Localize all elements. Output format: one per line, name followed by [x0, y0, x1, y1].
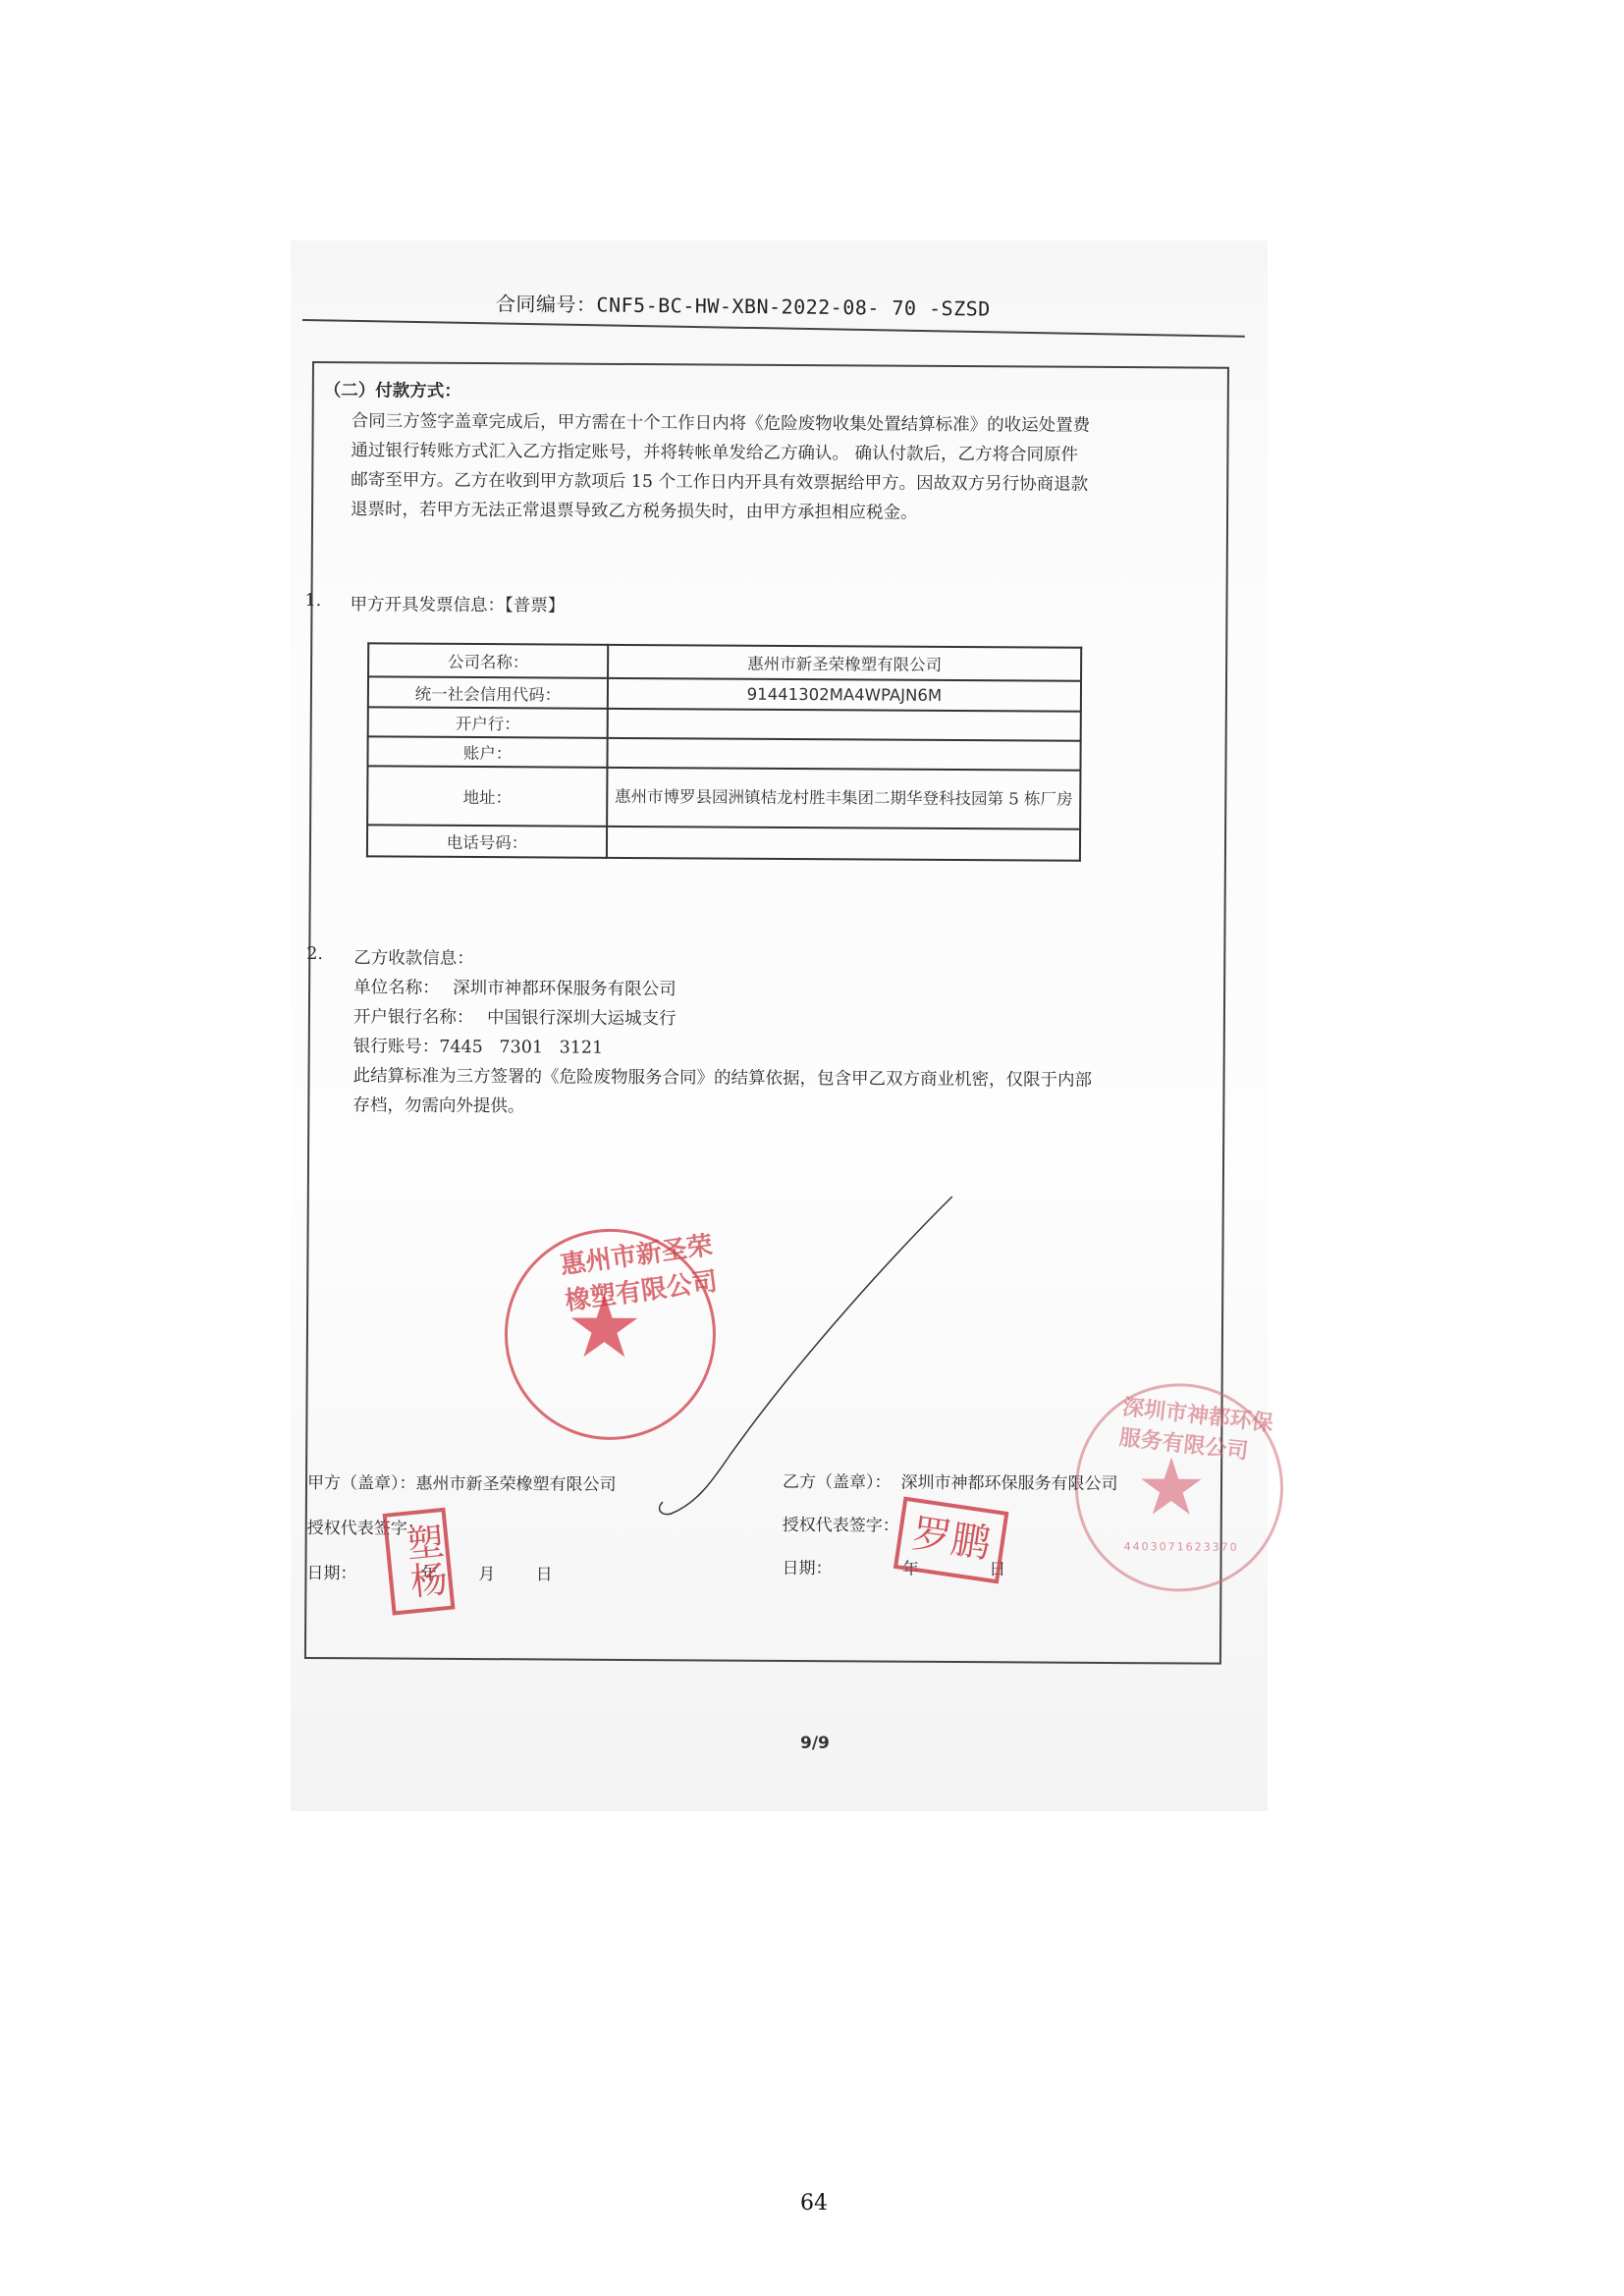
- bank-label: 开户行：: [368, 707, 608, 737]
- star-icon: ★: [1136, 1448, 1207, 1526]
- party-a-company-seal: ★ 惠州市新圣荣橡塑有限公司: [504, 1228, 716, 1440]
- unit-name-label: 单位名称：: [353, 978, 440, 998]
- scan-page-number: 9/9: [800, 1734, 830, 1753]
- party-a-day: 日: [536, 1565, 553, 1584]
- payment-terms-paragraph: 合同三方签字盖章完成后，甲方需在十个工作日内将《危险废物收集处置结算标准》的收运…: [351, 406, 1186, 529]
- party-a-label: 甲方（盖章）：: [307, 1473, 416, 1494]
- party-a-date-label: 日期：: [306, 1564, 356, 1583]
- table-row: 统一社会信用代码： 91441302MA4WPAJN6M: [368, 676, 1081, 711]
- party-b-name: 深圳市神都环保服务有限公司: [900, 1473, 1117, 1494]
- confidentiality-note-line1: 此结算标准为三方签署的《危险废物服务合同》的结算依据，包含甲乙双方商业机密，仅限…: [352, 1062, 1092, 1092]
- bank-name-value: 中国银行深圳大运城支行: [487, 1008, 677, 1029]
- invoice-section-number: 1.: [304, 591, 321, 611]
- paragraph-line: 退票时，若甲方无法正常退票导致乙方税务损失时，由甲方承担相应税金。: [351, 495, 1185, 529]
- address-value: 惠州市博罗县园洲镇桔龙村胜丰集团二期华登科技园第 5 栋厂房: [607, 768, 1080, 829]
- payee-info-section: 2. 乙方收款信息： 单位名称： 深圳市神都环保服务有限公司 开户银行名称： 中…: [309, 944, 1204, 1117]
- table-row: 开户行：: [368, 707, 1081, 740]
- party-a-month: 月: [478, 1565, 495, 1584]
- company-name-value: 惠州市新圣荣橡塑有限公司: [608, 645, 1081, 681]
- payee-section-title: 乙方收款信息：: [353, 944, 474, 970]
- account-label: 账户：: [367, 736, 607, 767]
- table-row: 电话号码：: [367, 825, 1080, 860]
- bank-account-label: 银行账号：: [353, 1037, 440, 1057]
- contract-number-header: 合同编号：CNF5-BC-HW-XBN-2022-08- 70 -SZSD: [496, 288, 991, 321]
- credit-code-label: 统一社会信用代码：: [368, 676, 608, 708]
- bank-account-value: 7445 7301 3121: [439, 1038, 603, 1058]
- party-a-seal-row: 甲方（盖章）：惠州市新圣荣橡塑有限公司: [307, 1468, 617, 1495]
- address-label: 地址：: [367, 766, 607, 826]
- party-b-label: 乙方（盖章）：: [783, 1472, 892, 1493]
- party-b-rep-label: 授权代表签字：: [783, 1511, 899, 1536]
- company-name-label: 公司名称：: [368, 643, 608, 677]
- party-a-personal-seal: 塑杨: [383, 1508, 456, 1616]
- credit-code-value: 91441302MA4WPAJN6M: [608, 678, 1081, 712]
- party-b-seal-row: 乙方（盖章）：深圳市神都环保服务有限公司: [783, 1468, 1118, 1494]
- invoice-info-section: 1. 甲方开具发票信息：【普票】 公司名称： 惠州市新圣荣橡塑有限公司 统一社会…: [310, 585, 1196, 943]
- account-value: [607, 738, 1080, 771]
- unit-name-row: 单位名称： 深圳市神都环保服务有限公司: [353, 974, 677, 1000]
- confidentiality-note-line2: 存档，勿需向外提供。: [352, 1092, 524, 1117]
- section-title: （二）付款方式：: [324, 377, 461, 402]
- party-b-date-label: 日期：: [782, 1559, 832, 1578]
- bank-value: [608, 709, 1081, 741]
- contract-content-box: （二）付款方式： 合同三方签字盖章完成后，甲方需在十个工作日内将《危险废物收集处…: [304, 361, 1229, 1665]
- unit-name-value: 深圳市神都环保服务有限公司: [453, 979, 677, 999]
- bank-account-row: 银行账号：7445 7301 3121: [353, 1033, 604, 1059]
- contract-number: CNF5-BC-HW-XBN-2022-08- 70 -SZSD: [596, 293, 991, 320]
- contract-number-label: 合同编号：: [496, 292, 597, 316]
- table-row: 公司名称： 惠州市新圣荣橡塑有限公司: [368, 643, 1081, 680]
- table-row: 账户：: [367, 736, 1080, 770]
- bank-name-row: 开户银行名称： 中国银行深圳大运城支行: [353, 1003, 677, 1030]
- seal-code: 4403071623370: [1124, 1540, 1239, 1554]
- phone-value: [607, 827, 1080, 861]
- page-number: 64: [800, 2191, 828, 2216]
- party-b-personal-seal: 罗鹏: [893, 1497, 1009, 1584]
- bank-name-label: 开户银行名称：: [353, 1007, 474, 1028]
- invoice-section-title: 甲方开具发票信息：【普票】: [350, 591, 565, 616]
- phone-label: 电话号码：: [367, 825, 607, 857]
- invoice-info-table: 公司名称： 惠州市新圣荣橡塑有限公司 统一社会信用代码： 91441302MA4…: [366, 642, 1082, 861]
- party-a-name: 惠州市新圣荣橡塑有限公司: [415, 1474, 616, 1495]
- payee-section-number: 2.: [306, 944, 323, 964]
- table-row: 地址： 惠州市博罗县园洲镇桔龙村胜丰集团二期华登科技园第 5 栋厂房: [367, 766, 1080, 828]
